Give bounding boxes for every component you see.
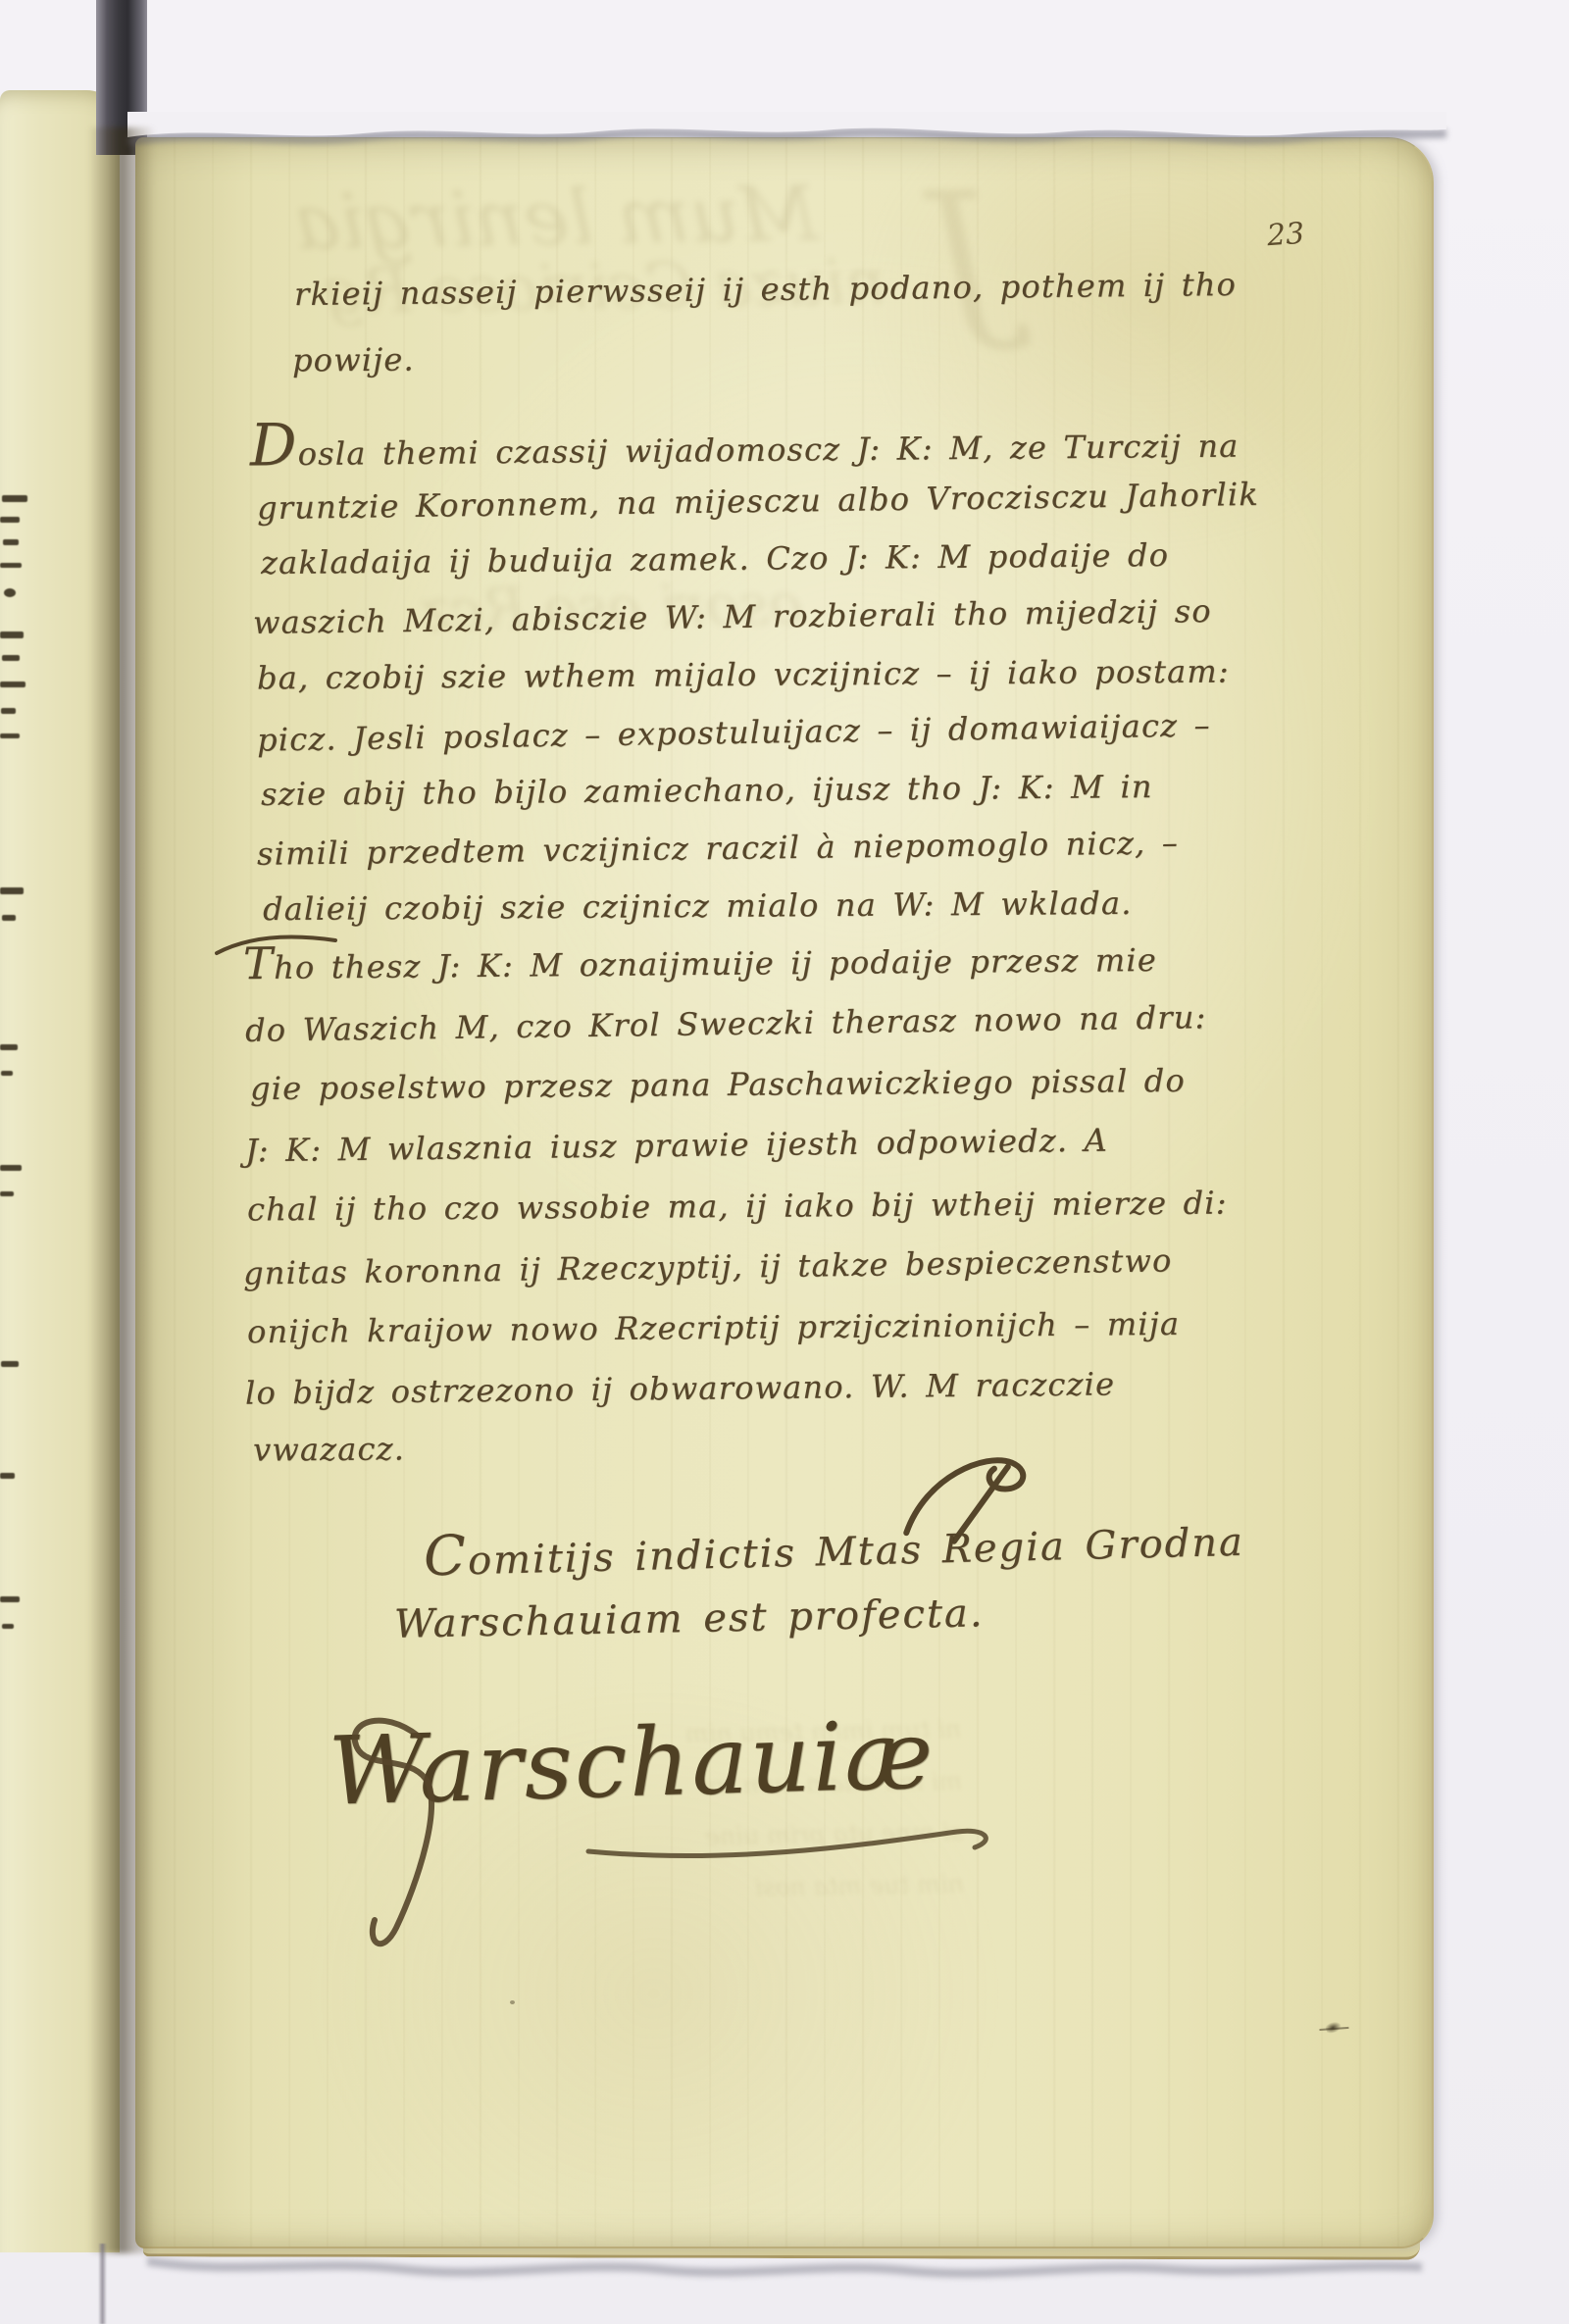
manuscript-line: vwazacz. [253,1430,405,1468]
heading-swash [324,1696,1010,1981]
manuscript-line: chal ij tho czo wssobie ma, ij iako bij … [247,1185,1228,1229]
top-edge-deckle [127,112,1446,155]
manuscript-scan: Mum lenirgia niuza Gcirioso Rg osori oso… [0,0,1569,2324]
manuscript-line: zakladaija ij buduija zamek. Czo J: K: M… [261,536,1169,581]
manuscript-line: Tho thesz J: K: M oznaijmuije ij podaije… [243,940,1157,986]
binding-gutter-shadow [88,127,155,2253]
cover-edge-line [98,2244,107,2324]
paper-speck [510,2000,515,2004]
folio-number: 23 [1266,217,1306,254]
showthrough-initial: J [930,156,1002,356]
bottom-edge-shadow [147,2253,1422,2289]
manuscript-line: szie abij tho bijlo zamiechano, ijusz th… [261,768,1153,813]
manuscript-line: ba, czobij szie wthem mijalo vczijnicz –… [257,653,1230,697]
manuscript-line: Dosla themi czassij wijadomoscz J: K: M,… [250,420,1240,474]
manuscript-line: powije. [292,341,415,379]
manuscript-line: dalieij czobij szie czijnicz mialo na W:… [263,884,1133,928]
